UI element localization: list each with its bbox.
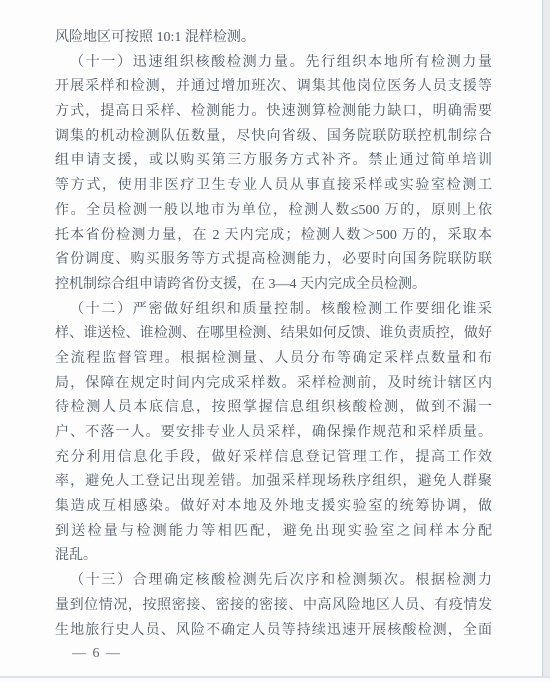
text-line: （十三）合理确定核酸检测先后次序和检测频次。根据检测力 [55,569,492,594]
scan-margin-below [0,678,550,682]
text-line: 量到位情况，按照密接、密接的密接、中高风险地区人员、有疫情发 [55,594,492,619]
text-line: 组申请支援，或以购买第三方服务方式补齐。禁止通过简单培训 [55,149,492,174]
text-line: 开展采样和检测，并通过增加班次、调集其他岗位医务人员支援等 [55,75,492,100]
text-line: 托本省份检测力量，在 2 天内完成；检测人数＞500 万的，采取本 [55,224,492,249]
text-line: 集造成互相感染。做好对本地及外地支援实验室的统筹协调，做 [55,495,492,520]
text-line: 待检测人员本底信息，按照掌握信息组织核酸检测，做到不漏一 [55,396,492,421]
text-line: 方式，提高日采样、检测能力。快速测算检测能力缺口，明确需要 [55,100,492,125]
text-line: 率，避免人工登记出现差错。加强采样现场秩序组织，避免人群聚 [55,470,492,495]
document-body: 风险地区可按照 10:1 混样检测。（十一）迅速组织核酸检测力量。先行组织本地所… [55,26,492,643]
text-line: 省份调度、购买服务等方式提高检测能力，必要时向国务院联防联 [55,248,492,273]
text-line: 等方式，使用非医疗卫生专业人员从事直接采样或实验室检测工 [55,174,492,199]
text-line: 到送检量与检测能力等相匹配，避免出现实验室之间样本分配 [55,520,492,545]
text-line: 混乱。 [55,544,492,569]
text-line: （十一）迅速组织核酸检测力量。先行组织本地所有检测力量 [55,51,492,76]
scan-right-edge [542,0,550,678]
text-line: 充分利用信息化手段，做好采样信息登记管理工作，提高工作效 [55,446,492,471]
text-line: 作。全员检测一般以地市为单位，检测人数≤500 万的，原则上依 [55,199,492,224]
text-line: 户、不落一人。要安排专业人员采样，确保操作规范和采样质量。 [55,421,492,446]
text-line: 生地旅行史人员、风险不确定人员等持续迅速开展核酸检测，全面 [55,619,492,644]
text-line: 控机制综合组申请跨省份支援，在 3—4 天内完成全员检测。 [55,273,492,298]
text-line: 全流程监督管理。根据检测量、人员分布等确定采样点数量和布 [55,347,492,372]
text-line: 调集的机动检测队伍数量，尽快向省级、国务院联防联控机制综合 [55,125,492,150]
text-line: 风险地区可按照 10:1 混样检测。 [55,26,492,51]
text-line: 局，保障在规定时间内完成采样数。采样检测前，及时统计辖区内 [55,372,492,397]
text-line: （十二）严密做好组织和质量控制。核酸检测工作要细化谁采 [55,298,492,323]
scanned-document-page: 风险地区可按照 10:1 混样检测。（十一）迅速组织核酸检测力量。先行组织本地所… [0,0,550,682]
text-line: 样、谁送检、谁检测、在哪里检测、结果如何反馈、谁负责质控，做好 [55,322,492,347]
page-number: — 6 — [72,646,122,662]
